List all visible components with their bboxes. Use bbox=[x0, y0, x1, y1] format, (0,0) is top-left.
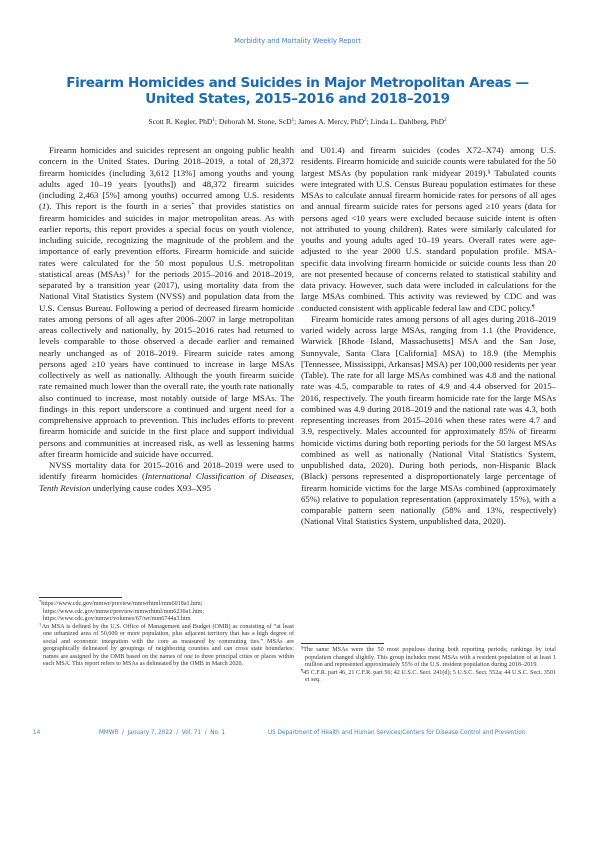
footnotes-left: *https://www.cdc.gov/mmwr/preview/mmwrht… bbox=[39, 597, 294, 669]
body-paragraph: NVSS mortality data for 2015–2016 and 20… bbox=[39, 460, 294, 494]
footnote: ¶45 C.F.R. part 46, 21 C.F.R. part 56; 4… bbox=[301, 670, 556, 685]
running-head: Morbidity and Mortality Weekly Report bbox=[0, 37, 595, 45]
footnote-marker[interactable]: ¶ bbox=[532, 304, 535, 310]
affiliation-mark: 2 bbox=[444, 118, 447, 123]
body-paragraph: and U01.4) and firearm suicides (codes X… bbox=[301, 145, 556, 314]
footnote: *https://www.cdc.gov/mmwr/preview/mmwrht… bbox=[39, 601, 294, 624]
footnote-divider bbox=[301, 643, 384, 644]
author: James A. Mercy, PhD2; bbox=[298, 117, 370, 126]
footnote-links[interactable]: https://www.cdc.gov/mmwr/preview/mmwrhtm… bbox=[41, 601, 204, 622]
footnote: §The same MSAs were the 50 most populous… bbox=[301, 647, 556, 670]
page-number: 14 bbox=[33, 730, 40, 736]
body-paragraph: Firearm homicides and suicides represent… bbox=[39, 145, 294, 460]
author: Scott R. Kegler, PhD1; bbox=[148, 117, 219, 126]
author-list: Scott R. Kegler, PhD1; Deborah M. Stone,… bbox=[40, 117, 555, 126]
document-page: Morbidity and Mortality Weekly Report Fi… bbox=[0, 0, 595, 842]
body-column-right: and U01.4) and firearm suicides (codes X… bbox=[301, 145, 556, 528]
title-line-2: United States, 2015–2016 and 2018–2019 bbox=[40, 92, 555, 108]
article-title: Firearm Homicides and Suicides in Major … bbox=[40, 76, 555, 107]
journal-citation: MMWR / January 7, 2022 / Vol. 71 / No. 1 bbox=[99, 730, 225, 736]
author: Linda L. Dahlberg, PhD2 bbox=[371, 117, 447, 126]
author: Deborah M. Stone, ScD1; bbox=[219, 117, 298, 126]
footnote-divider bbox=[39, 597, 122, 598]
body-column-left: Firearm homicides and suicides represent… bbox=[39, 145, 294, 494]
agency-name: US Department of Health and Human Servic… bbox=[268, 730, 525, 736]
footnote: †An MSA is defined by the U.S. Office of… bbox=[39, 624, 294, 669]
body-paragraph: Firearm homicide rates among persons of … bbox=[301, 314, 556, 528]
title-line-1: Firearm Homicides and Suicides in Major … bbox=[40, 76, 555, 92]
page-footer: 14 MMWR / January 7, 2022 / Vol. 71 / No… bbox=[0, 730, 595, 740]
footnotes-right: §The same MSAs were the 50 most populous… bbox=[301, 643, 556, 685]
